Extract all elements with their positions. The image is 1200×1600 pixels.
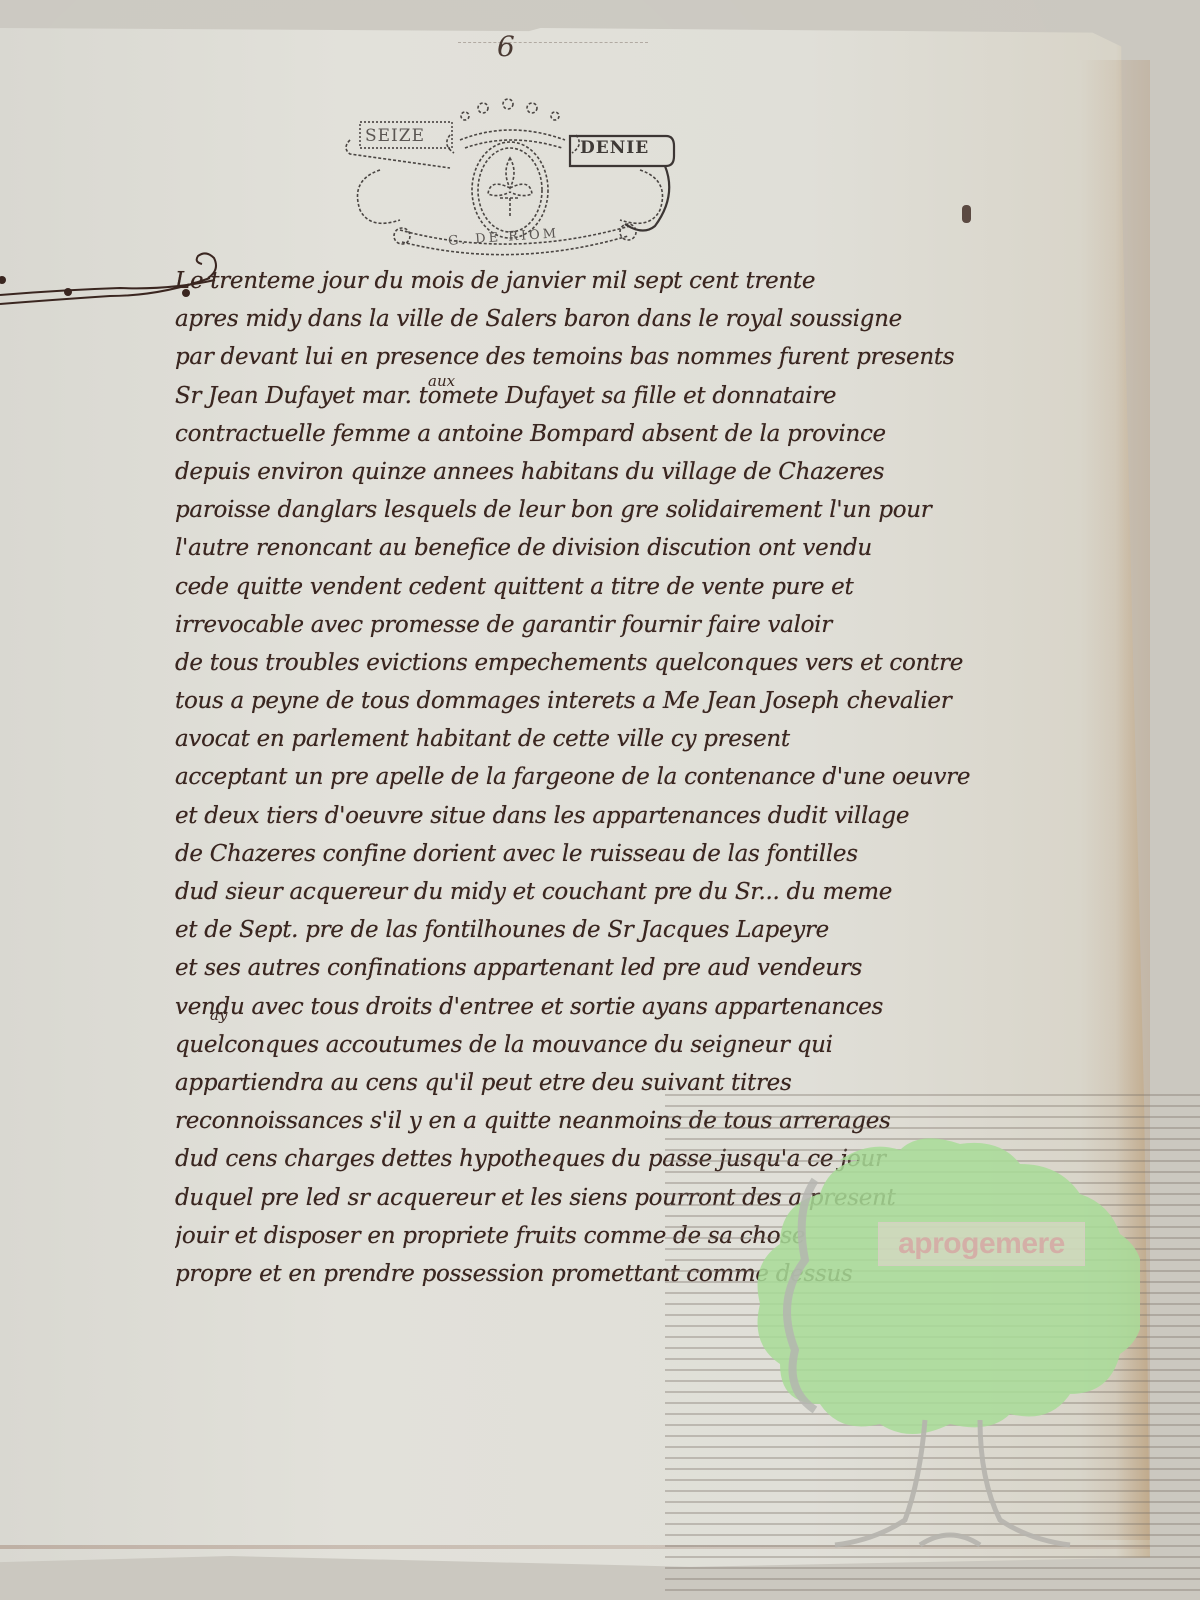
- manuscript-line: de Chazeres confine dorient avec le ruis…: [175, 835, 1115, 873]
- manuscript-line: l'autre renoncant au benefice de divisio…: [175, 529, 1115, 567]
- manuscript-line: contractuelle femme a antoine Bompard ab…: [175, 415, 1115, 453]
- manuscript-line: quelconques accoutumes de la mouvance du…: [175, 1026, 1115, 1064]
- ink-blot: [962, 205, 971, 223]
- manuscript-line: et ses autres confinations appartenant l…: [175, 949, 1115, 987]
- manuscript-line: irrevocable avec promesse de garantir fo…: [175, 606, 1115, 644]
- manuscript-line: de tous troubles evictions empechements …: [175, 644, 1115, 682]
- manuscript-line: avocat en parlement habitant de cette vi…: [175, 720, 1115, 758]
- manuscript-line: Le trenteme jour du mois de janvier mil …: [175, 262, 1115, 300]
- manuscript-line: apres midy dans la ville de Salers baron…: [175, 300, 1115, 338]
- manuscript-line: acceptant un pre apelle de la fargeone d…: [175, 758, 1115, 796]
- manuscript-body: Le trenteme jour du mois de janvier mil …: [175, 262, 1115, 1293]
- interlinear-note: ay: [210, 1006, 227, 1024]
- manuscript-line: dud cens charges dettes hypotheques du p…: [175, 1140, 1115, 1178]
- interlinear-note: aux: [428, 372, 455, 390]
- manuscript-line: tous a peyne de tous dommages interets a…: [175, 682, 1115, 720]
- folio-number: 6: [497, 30, 515, 63]
- stamp-right-ribbon: DENIE: [580, 138, 649, 158]
- manuscript-line: vendu avec tous droits d'entree et sorti…: [175, 988, 1115, 1026]
- manuscript-line: par devant lui en presence des temoins b…: [175, 338, 1115, 376]
- manuscript-line: cede quitte vendent cedent quittent a ti…: [175, 568, 1115, 606]
- manuscript-line: et deux tiers d'oeuvre situe dans les ap…: [175, 797, 1115, 835]
- manuscript-line: depuis environ quinze annees habitans du…: [175, 453, 1115, 491]
- manuscript-line: duquel pre led sr acquereur et les siens…: [175, 1179, 1115, 1217]
- stamp-left-ribbon: SEIZE: [365, 126, 425, 146]
- watermark-text: aprogemere: [878, 1222, 1085, 1266]
- manuscript-line: paroisse danglars lesquels de leur bon g…: [175, 491, 1115, 529]
- manuscript-line: Sr Jean Dufayet mar. tomete Dufayet sa f…: [175, 377, 1115, 415]
- tax-stamp: SEIZE DENIE G. DE RIOM: [340, 80, 680, 260]
- paper-bottom-edge: [0, 1545, 1150, 1549]
- manuscript-line: reconnoissances s'il y en a quitte neanm…: [175, 1102, 1115, 1140]
- manuscript-line: dud sieur acquereur du midy et couchant …: [175, 873, 1115, 911]
- manuscript-line: et de Sept. pre de las fontilhounes de S…: [175, 911, 1115, 949]
- manuscript-line: appartiendra au cens qu'il peut etre deu…: [175, 1064, 1115, 1102]
- folio-rule: [458, 42, 648, 43]
